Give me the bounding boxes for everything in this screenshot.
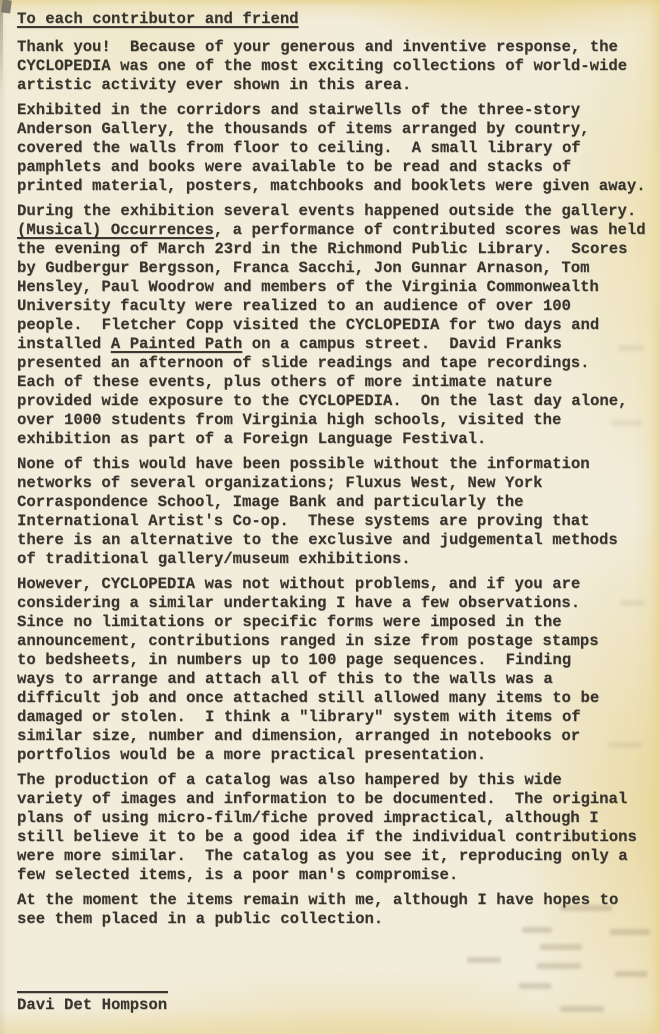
- bleedthrough-mark: [618, 345, 644, 351]
- bleedthrough-mark: [540, 944, 582, 950]
- signature-line: [17, 991, 168, 993]
- bleedthrough-mark: [560, 905, 612, 911]
- letter-title-text: To each contributor and friend: [17, 10, 299, 28]
- paragraph-exhibited: Exhibited in the corridors and stairwell…: [17, 101, 652, 196]
- underlined-phrase-a-painted-path: A Painted Path: [111, 335, 242, 353]
- bleedthrough-mark: [608, 742, 642, 748]
- signature-block: Davi Det Hompson: [17, 991, 652, 1015]
- bleedthrough-mark: [612, 420, 642, 426]
- underlined-phrase-musical-occurrences: (Musical) Occurrences: [17, 221, 214, 239]
- paragraph-items-remain: At the moment the items remain with me, …: [17, 891, 652, 929]
- bleedthrough-mark: [610, 929, 650, 935]
- bleedthrough-mark: [467, 957, 501, 963]
- typewritten-letter-page: To each contributor and friend Thank you…: [0, 0, 660, 1034]
- paragraph-events-part2: , a performance of contributed scores wa…: [17, 221, 646, 353]
- bleedthrough-mark: [620, 600, 644, 606]
- paragraph-thank-you: Thank you! Because of your generous and …: [17, 38, 652, 95]
- paragraph-catalog: The production of a catalog was also ham…: [17, 771, 652, 885]
- letter-title: To each contributor and friend: [17, 10, 652, 29]
- bleedthrough-mark: [537, 963, 581, 969]
- scan-edge-shadow: [0, 0, 3, 95]
- bleedthrough-mark: [522, 927, 552, 933]
- paragraph-problems: However, CYCLOPEDIA was not without prob…: [17, 575, 652, 765]
- bleedthrough-mark: [560, 1006, 604, 1012]
- bleedthrough-mark: [615, 971, 647, 977]
- paragraph-networks: None of this would have been possible wi…: [17, 455, 652, 569]
- bleedthrough-mark: [519, 983, 551, 989]
- signature-name: Davi Det Hompson: [17, 996, 652, 1015]
- paragraph-events-part1: During the exhibition several events hap…: [17, 202, 636, 220]
- paragraph-events: During the exhibition several events hap…: [17, 202, 652, 449]
